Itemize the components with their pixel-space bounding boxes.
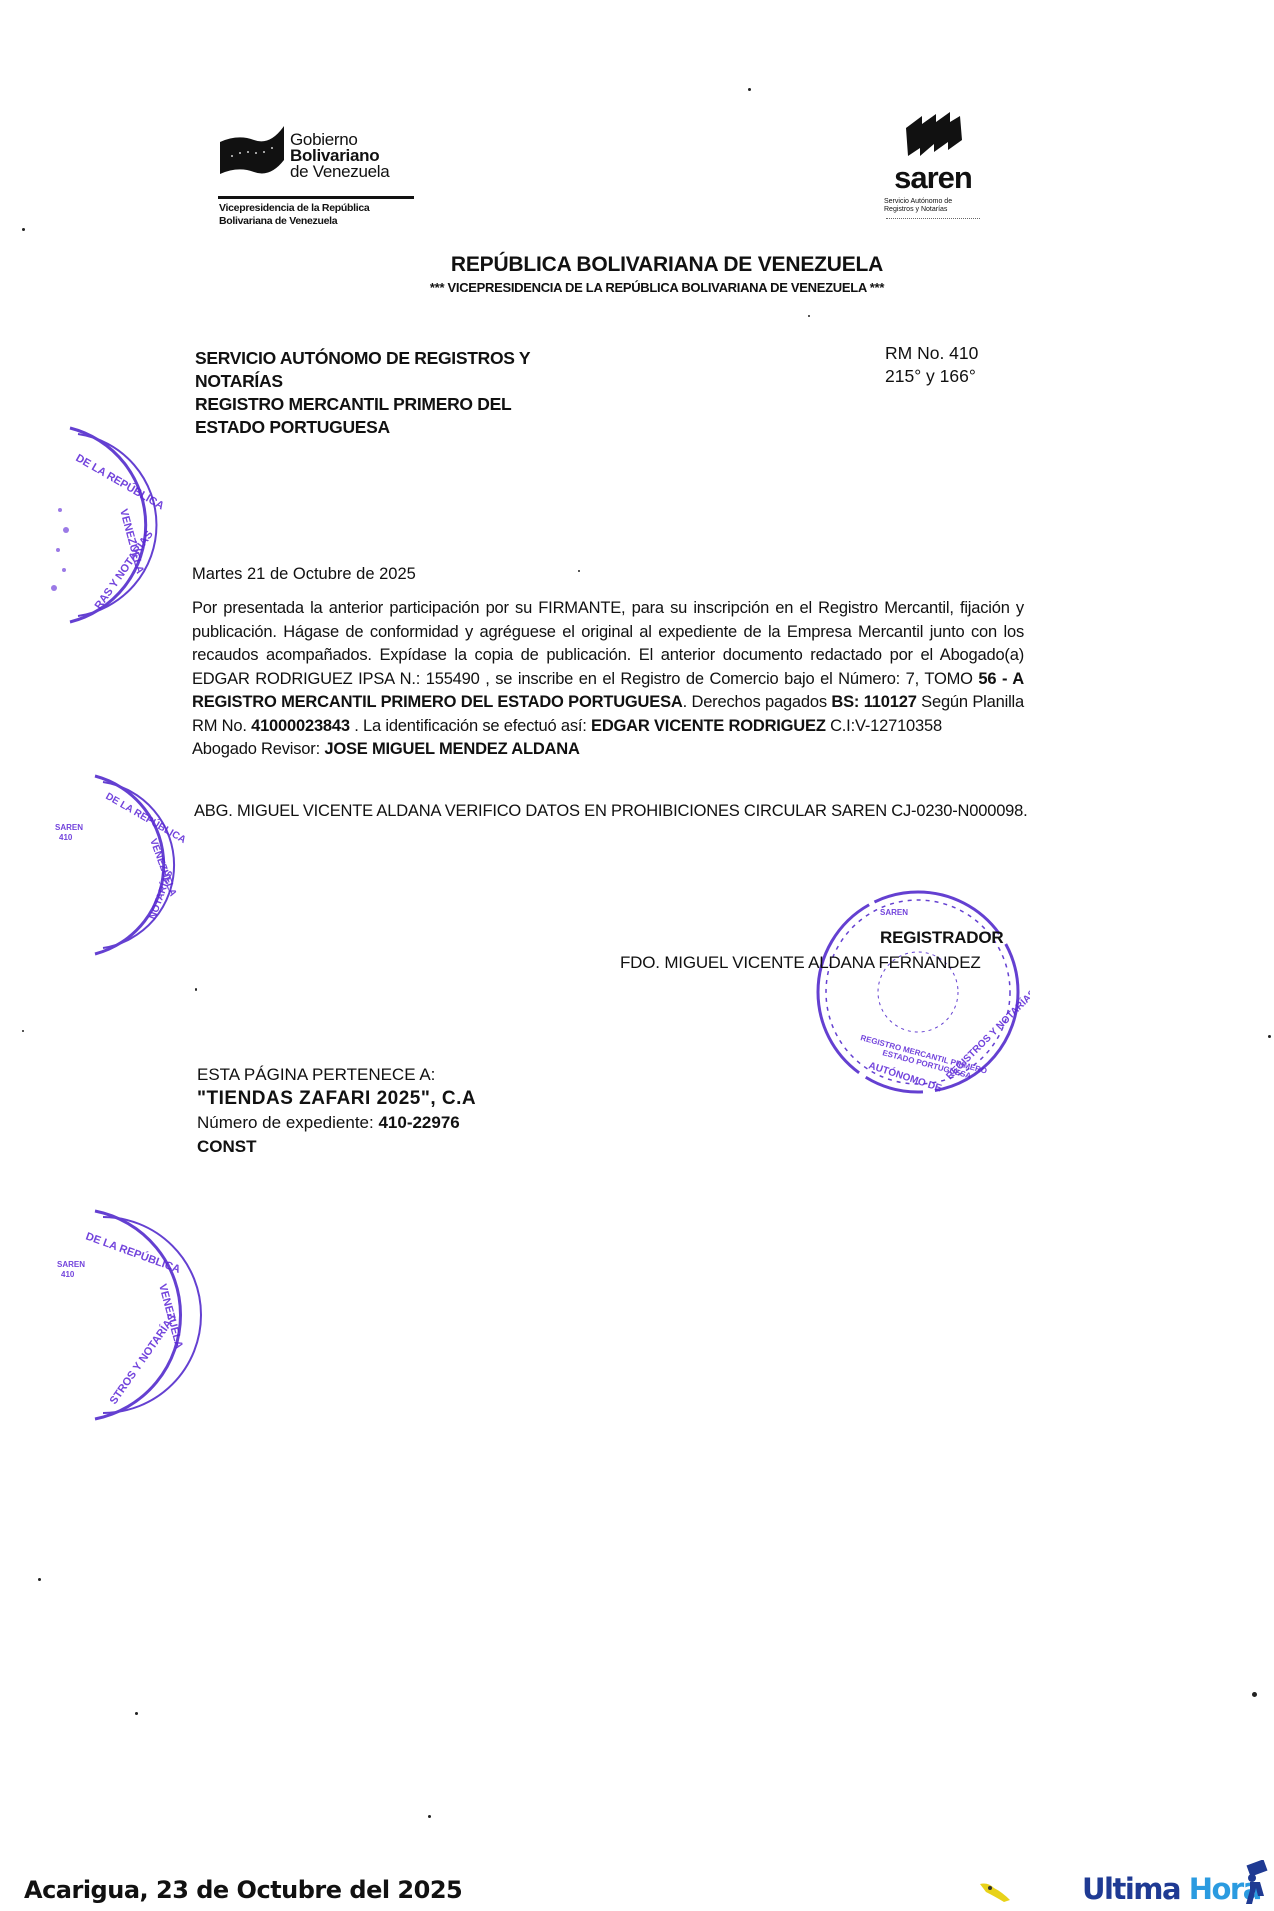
signatory-name: FDO. MIGUEL VICENTE ALDANA FERNANDEZ — [620, 953, 981, 973]
official-seal-stamp-1: DE LA REPÚBLICA VENEZUELA RAS Y NOTARÍAS — [40, 420, 170, 630]
expediente-number: 410-22976 — [378, 1113, 459, 1132]
svg-text:SAREN: SAREN — [55, 823, 83, 832]
svg-text:STROS Y NOTARÍAS: STROS Y NOTARÍAS — [107, 1311, 179, 1407]
newspaper-carrier-icon — [1240, 1860, 1274, 1906]
company-name: "TIENDAS ZAFARI 2025", C.A — [197, 1087, 476, 1111]
const-label: CONST — [197, 1135, 476, 1159]
identity-card: C.I:V-12710358 — [826, 717, 942, 735]
registrar-seal-stamp: REGISTROS Y NOTARÍAS AUTÓNOMO DE REGISTR… — [800, 880, 1030, 1100]
gobierno-bolivariano-logo: Gobierno Bolivariano de Venezuela Vicepr… — [218, 112, 418, 232]
official-seal-stamp-2: DE LA REPÚBLICA VENEZUELA NOTARÍAS SAREN… — [55, 770, 195, 960]
registration-paragraph: Por presentada la anterior participación… — [192, 597, 1024, 762]
reviewing-lawyer: JOSE MIGUEL MENDEZ ALDANA — [324, 740, 579, 758]
fees-paid: BS: 110127 — [831, 693, 916, 711]
saren-wordmark: saren — [880, 160, 986, 196]
ultima-hora-brand: Ultima Hora — [1082, 1872, 1261, 1906]
logo-divider — [218, 196, 414, 199]
yellow-mark-icon — [978, 1880, 1014, 1904]
office-block: SERVICIO AUTÓNOMO DE REGISTROS Y NOTARÍA… — [195, 347, 530, 439]
verification-note: ABG. MIGUEL VICENTE ALDANA VERIFICO DATO… — [194, 800, 1034, 823]
gobierno-subtitle: Vicepresidencia de la República Bolivari… — [219, 202, 369, 228]
svg-text:SAREN: SAREN — [880, 908, 908, 917]
planilla-number: 41000023843 — [251, 717, 350, 735]
svg-text:DE LA REPÚBLICA: DE LA REPÚBLICA — [104, 789, 189, 846]
ownership-label: ESTA PÁGINA PERTENECE A: — [197, 1063, 476, 1087]
years: 215° y 166° — [885, 365, 978, 388]
page-ownership-block: ESTA PÁGINA PERTENECE A: "TIENDAS ZAFARI… — [197, 1063, 476, 1159]
signatory-role: REGISTRADOR — [880, 928, 1003, 948]
footer-place-date: Acarigua, 23 de Octubre del 2025 — [24, 1876, 462, 1904]
svg-text:410: 410 — [61, 1270, 75, 1279]
saren-subtitle: Servicio Autónomo de Registros y Notaría… — [884, 198, 984, 214]
svg-text:SAREN: SAREN — [57, 1260, 85, 1269]
gobierno-wordmark: Gobierno Bolivariano de Venezuela — [290, 132, 389, 180]
document-title: REPÚBLICA BOLIVARIANA DE VENEZUELA — [0, 253, 1274, 277]
document-subtitle: *** VICEPRESIDENCIA DE LA REPÚBLICA BOLI… — [0, 280, 1274, 295]
identified-person: EDGAR VICENTE RODRIGUEZ — [591, 717, 826, 735]
registry-number-block: RM No. 410 215° y 166° — [885, 342, 978, 388]
svg-text:410: 410 — [59, 833, 73, 842]
document-date: Martes 21 de Octubre de 2025 — [192, 565, 416, 584]
venezuela-flag-icon — [218, 120, 286, 178]
official-seal-stamp-3: DE LA REPÚBLICA VENEZUELA STROS Y NOTARÍ… — [55, 1205, 205, 1425]
saren-mark-icon — [900, 110, 966, 160]
saren-logo: saren Servicio Autónomo de Registros y N… — [880, 110, 990, 220]
svg-text:DE LA REPÚBLICA: DE LA REPÚBLICA — [84, 1230, 182, 1276]
svg-text:DE LA REPÚBLICA: DE LA REPÚBLICA — [74, 451, 167, 512]
saren-divider — [886, 218, 980, 219]
rm-number: RM No. 410 — [885, 342, 978, 365]
